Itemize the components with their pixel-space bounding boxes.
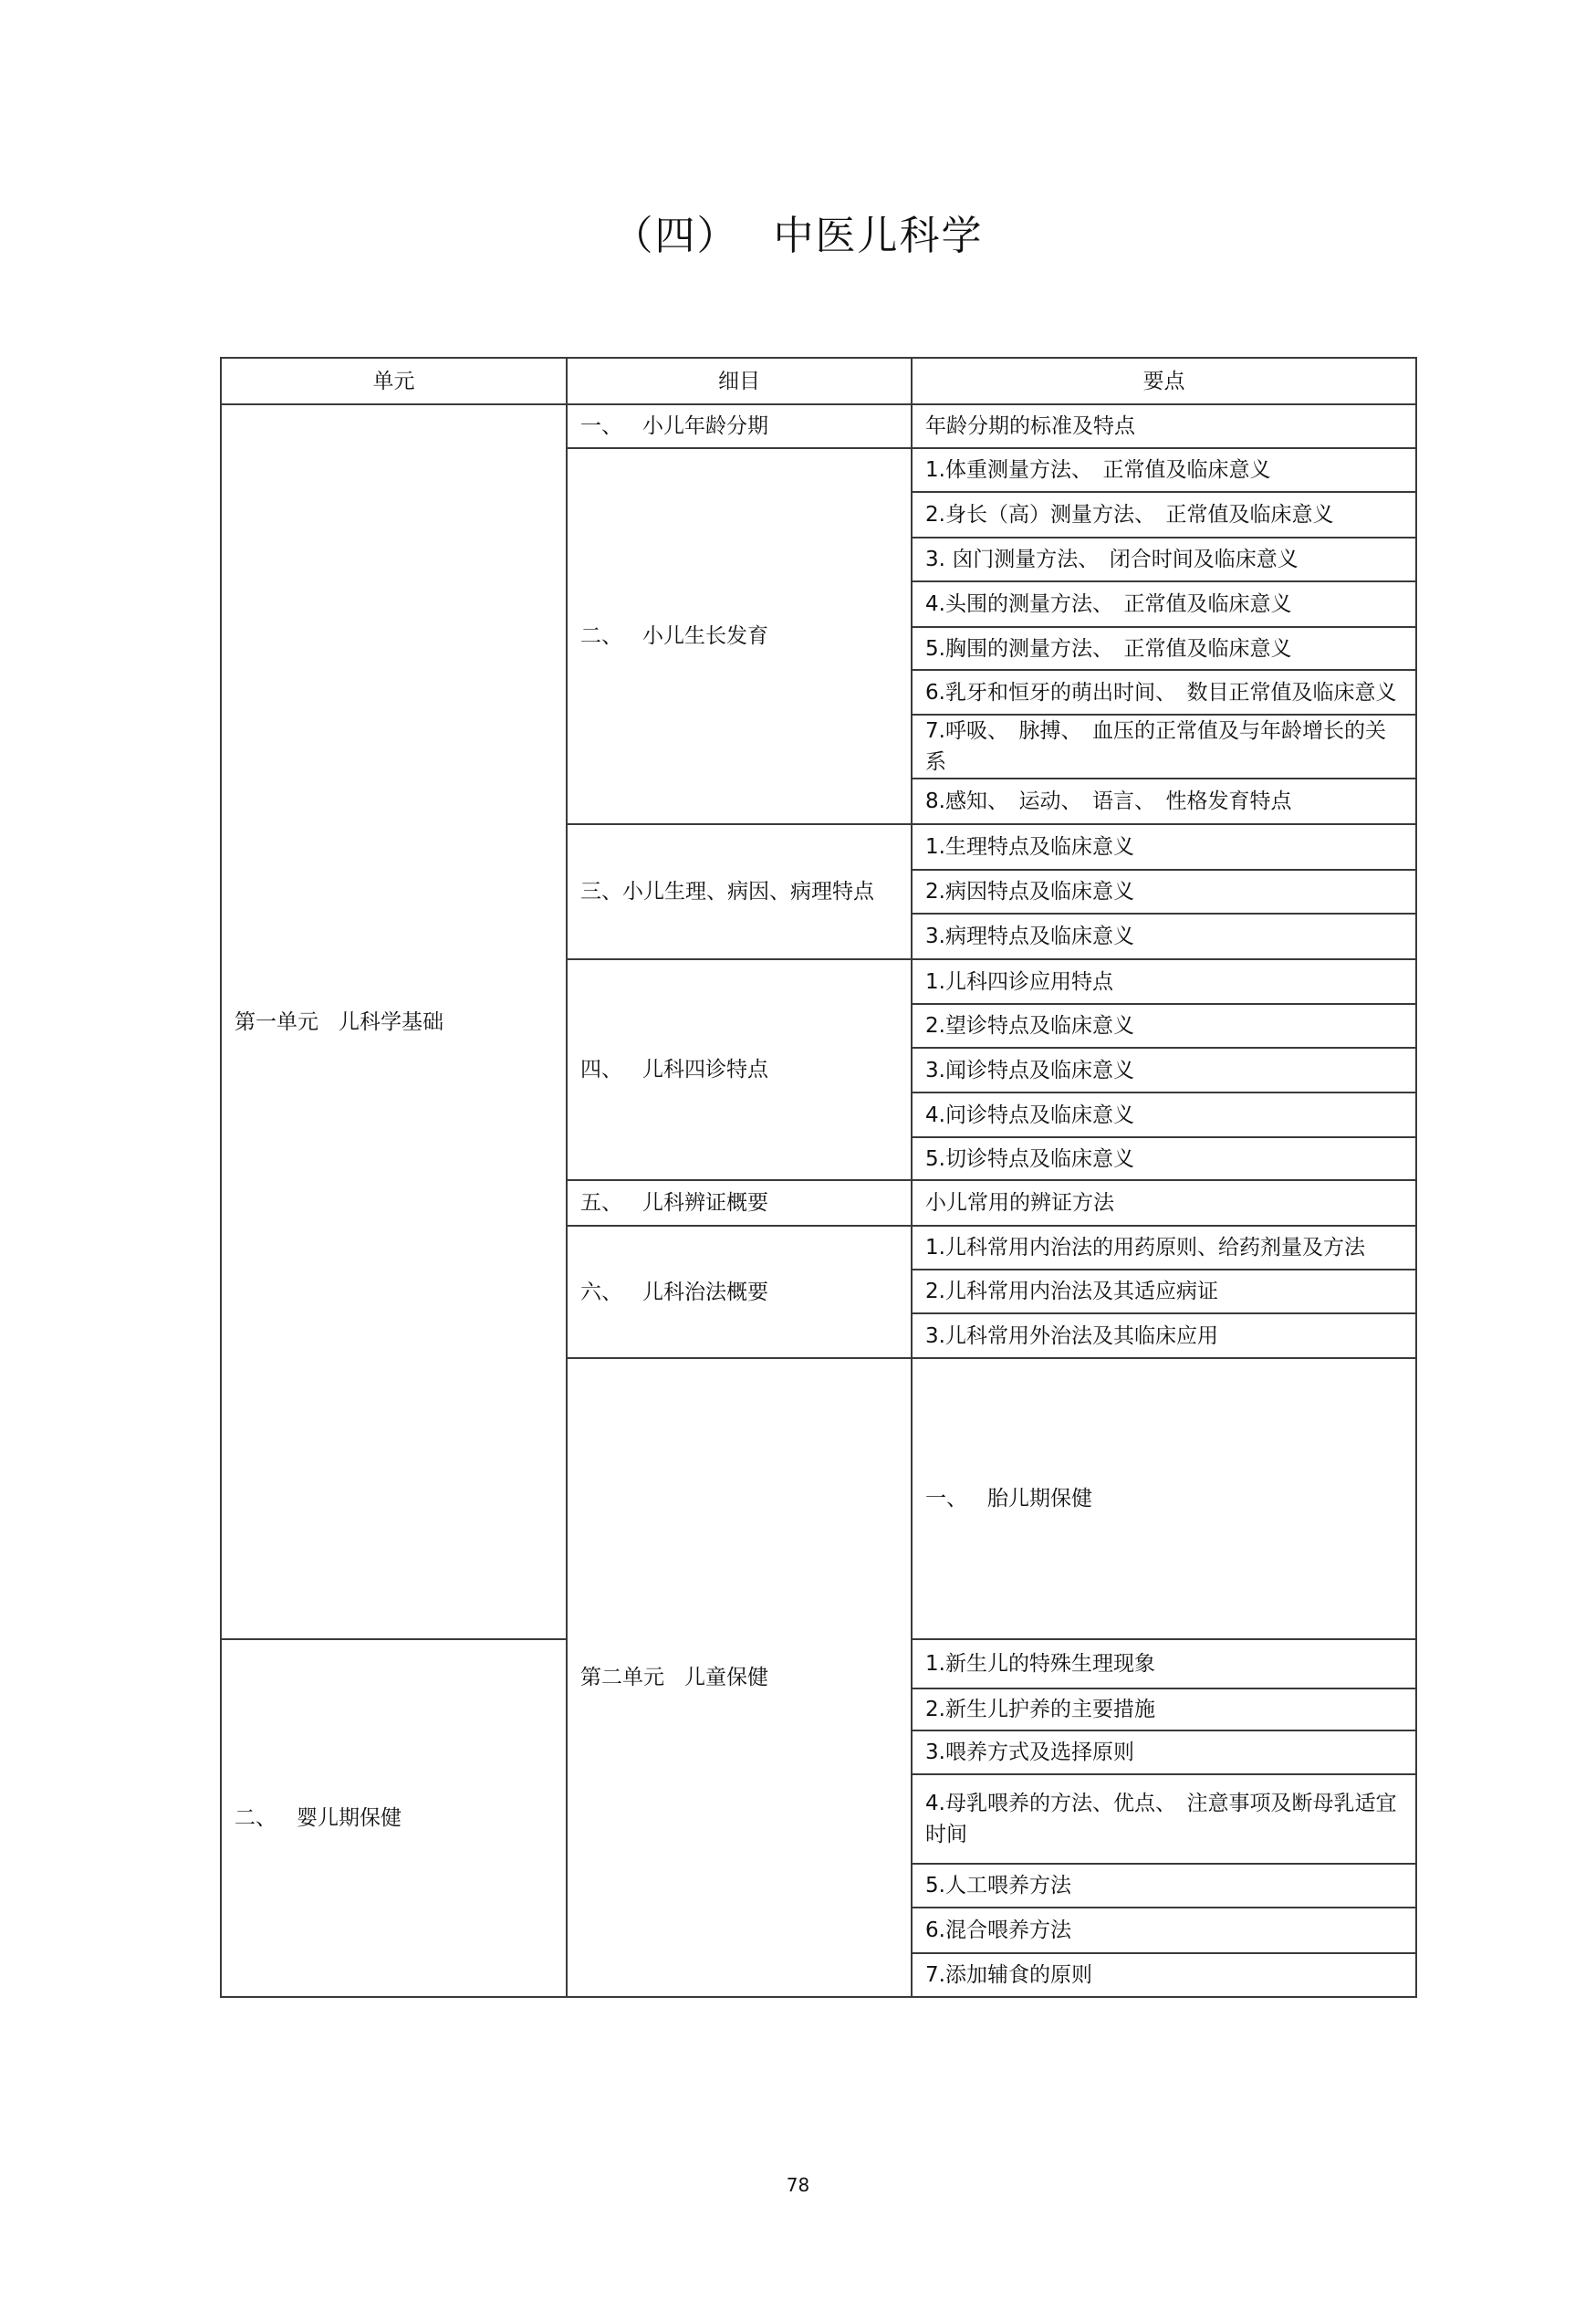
unit-cell: 第二单元儿童保健 xyxy=(567,1358,912,1997)
point-cell: 2.新生儿护养的主要措施 xyxy=(912,1688,1416,1730)
point-cell: 2.儿科常用内治法及其适应病证 xyxy=(912,1270,1416,1313)
point-cell: 年龄分期的标准及特点 xyxy=(912,404,1416,448)
point-cell: 5.人工喂养方法 xyxy=(912,1864,1416,1908)
point-cell: 4.问诊特点及临床意义 xyxy=(912,1092,1416,1137)
unit-cell: 第一单元儿科学基础 xyxy=(221,404,567,1639)
point-cell: 8.感知、 运动、 语言、 性格发育特点 xyxy=(912,779,1416,824)
header-points: 要点 xyxy=(912,358,1416,404)
point-cell: 1.体重测量方法、 正常值及临床意义 xyxy=(912,448,1416,492)
item-cell: 二、小儿生长发育 xyxy=(567,448,912,824)
item-cell: 六、儿科治法概要 xyxy=(567,1226,912,1358)
item-cell: 五、儿科辨证概要 xyxy=(567,1180,912,1226)
point-cell: 6.混合喂养方法 xyxy=(912,1908,1416,1953)
page-number: 78 xyxy=(0,2174,1596,2196)
point-cell: 4.母乳喂养的方法、优点、 注意事项及断母乳适宜时间 xyxy=(912,1774,1416,1864)
item-cell: 四、儿科四诊特点 xyxy=(567,959,912,1180)
header-row: 单元 细目 要点 xyxy=(221,358,1416,404)
point-cell: 3. 囟门测量方法、 闭合时间及临床意义 xyxy=(912,538,1416,581)
item-cell: 一、胎儿期保健 xyxy=(912,1358,1416,1639)
point-cell: 3.病理特点及临床意义 xyxy=(912,914,1416,959)
item-cell: 二、婴儿期保健 xyxy=(221,1639,567,1997)
point-cell: 7.添加辅食的原则 xyxy=(912,1953,1416,1997)
header-item: 细目 xyxy=(567,358,912,404)
section-number: （四） xyxy=(613,213,739,259)
point-cell: 5.胸围的测量方法、 正常值及临床意义 xyxy=(912,627,1416,670)
point-cell: 2.望诊特点及临床意义 xyxy=(912,1004,1416,1048)
point-cell: 1.儿科四诊应用特点 xyxy=(912,959,1416,1004)
point-cell: 4.头围的测量方法、 正常值及临床意义 xyxy=(912,581,1416,627)
point-cell: 5.切诊特点及临床意义 xyxy=(912,1137,1416,1180)
table-row: 第一单元儿科学基础 一、小儿年龄分期 年龄分期的标准及特点 xyxy=(221,404,1416,448)
point-cell: 6.乳牙和恒牙的萌出时间、 数目正常值及临床意义 xyxy=(912,670,1416,715)
point-cell: 3.儿科常用外治法及其临床应用 xyxy=(912,1313,1416,1358)
page-title: （四）中医儿科学 xyxy=(0,203,1596,261)
point-cell: 2.病因特点及临床意义 xyxy=(912,870,1416,914)
syllabus-table: 单元 细目 要点 第一单元儿科学基础 一、小儿年龄分期 年龄分期的标准及特点 二… xyxy=(220,357,1417,1998)
point-cell: 3.闻诊特点及临床意义 xyxy=(912,1048,1416,1092)
point-cell: 2.身长（高）测量方法、 正常值及临床意义 xyxy=(912,492,1416,538)
point-cell: 小儿常用的辨证方法 xyxy=(912,1180,1416,1226)
section-title: 中医儿科学 xyxy=(774,213,984,259)
point-cell: 3.喂养方式及选择原则 xyxy=(912,1730,1416,1774)
point-cell: 7.呼吸、 脉搏、 血压的正常值及与年龄增长的关系 xyxy=(912,715,1416,779)
item-cell: 一、小儿年龄分期 xyxy=(567,404,912,448)
point-cell: 1.儿科常用内治法的用药原则、给药剂量及方法 xyxy=(912,1226,1416,1270)
point-cell: 1.新生儿的特殊生理现象 xyxy=(912,1639,1416,1688)
item-cell: 三、小儿生理、病因、病理特点 xyxy=(567,824,912,959)
header-unit: 单元 xyxy=(221,358,567,404)
point-cell: 1.生理特点及临床意义 xyxy=(912,824,1416,870)
